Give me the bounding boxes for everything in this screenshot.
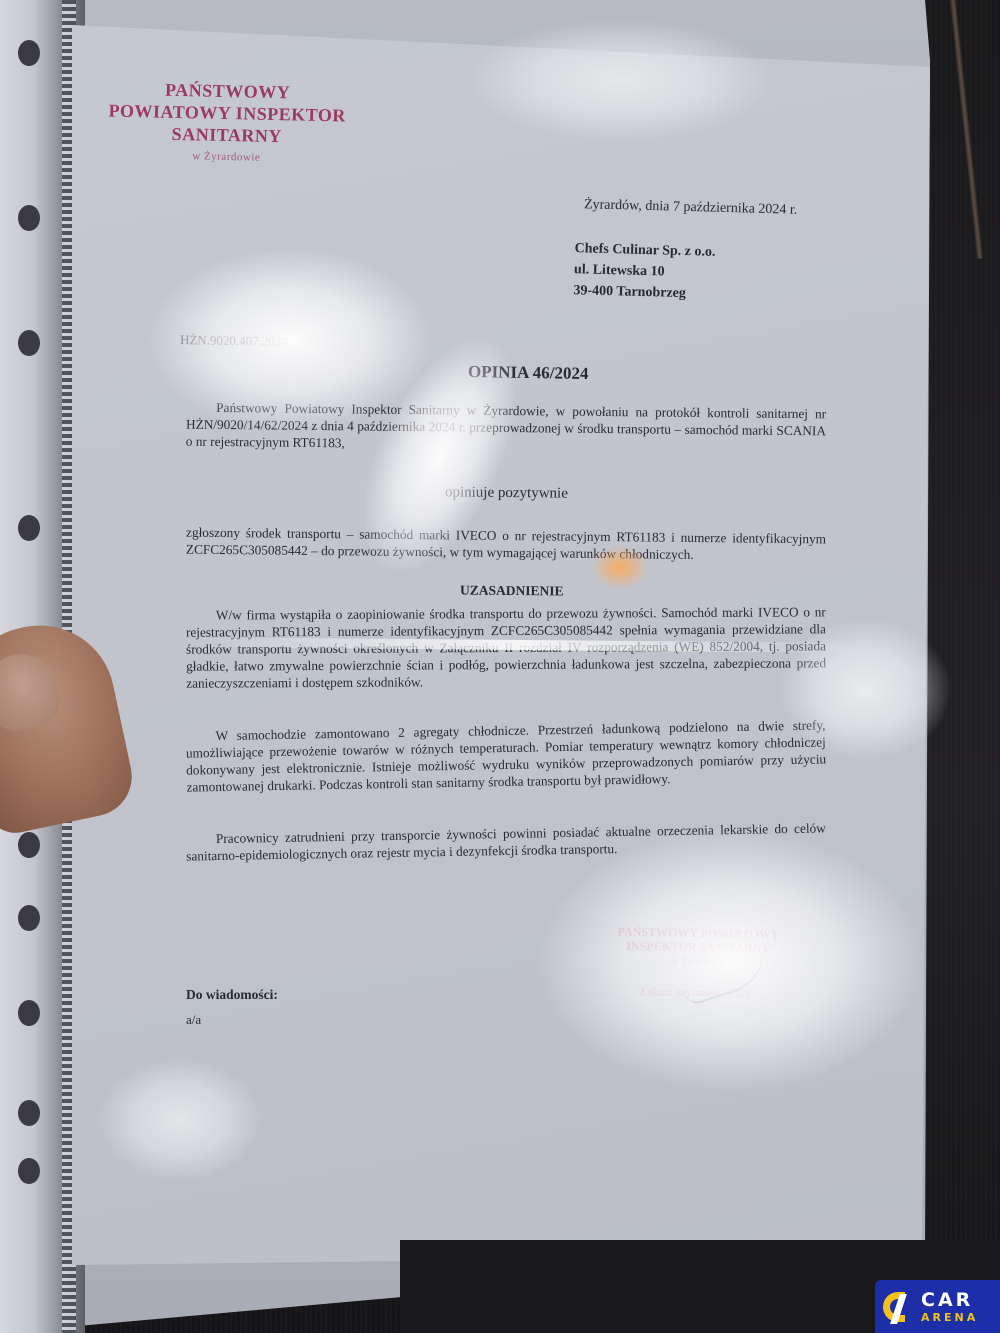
punch-hole [18,905,40,931]
car-arena-watermark: CAR ARENA [875,1280,1000,1333]
thumbnail [0,647,65,735]
justification-paragraph: W/w firma wystąpiła o zaopiniowanie środ… [186,603,826,691]
reference-number: HŻN.9020.407.2024 [180,332,288,350]
opinion-heading: opiniuje pozytywnie [445,484,568,502]
justification-paragraph: W samochodzie zamontowano 2 agregaty chł… [185,716,826,795]
opinion-paragraph: zgłoszony środek transportu – samochód m… [186,524,826,565]
punch-hole [18,832,40,858]
punch-hole [18,1000,40,1026]
recipient-address: Chefs Culinar Sp. z o.o. ul. Litewska 10… [573,238,716,305]
punch-hole [18,330,40,356]
cc-value: a/a [186,1012,201,1028]
logo-word-car: CAR [921,1291,978,1310]
punch-hole [18,1100,40,1126]
punch-hole [18,40,40,66]
logo-word-arena: ARENA [921,1312,978,1323]
punch-hole [18,515,40,541]
car-arena-logo-icon [883,1292,911,1322]
document-title: OPINIA 46/2024 [468,362,589,384]
letterhead-stamp: PAŃSTWOWY POWIATOWY INSPEKTOR SANITARNY … [91,77,363,171]
recipient-city: 39-400 Tarnobrzeg [573,280,714,305]
punch-hole [18,205,40,231]
punch-hole [18,1158,40,1184]
cc-label: Do wiadomości: [186,987,278,1003]
intro-paragraph: Państwowy Powiatowy Inspektor Sanitarny … [186,399,826,457]
justification-heading: UZASADNIENIE [460,583,564,600]
